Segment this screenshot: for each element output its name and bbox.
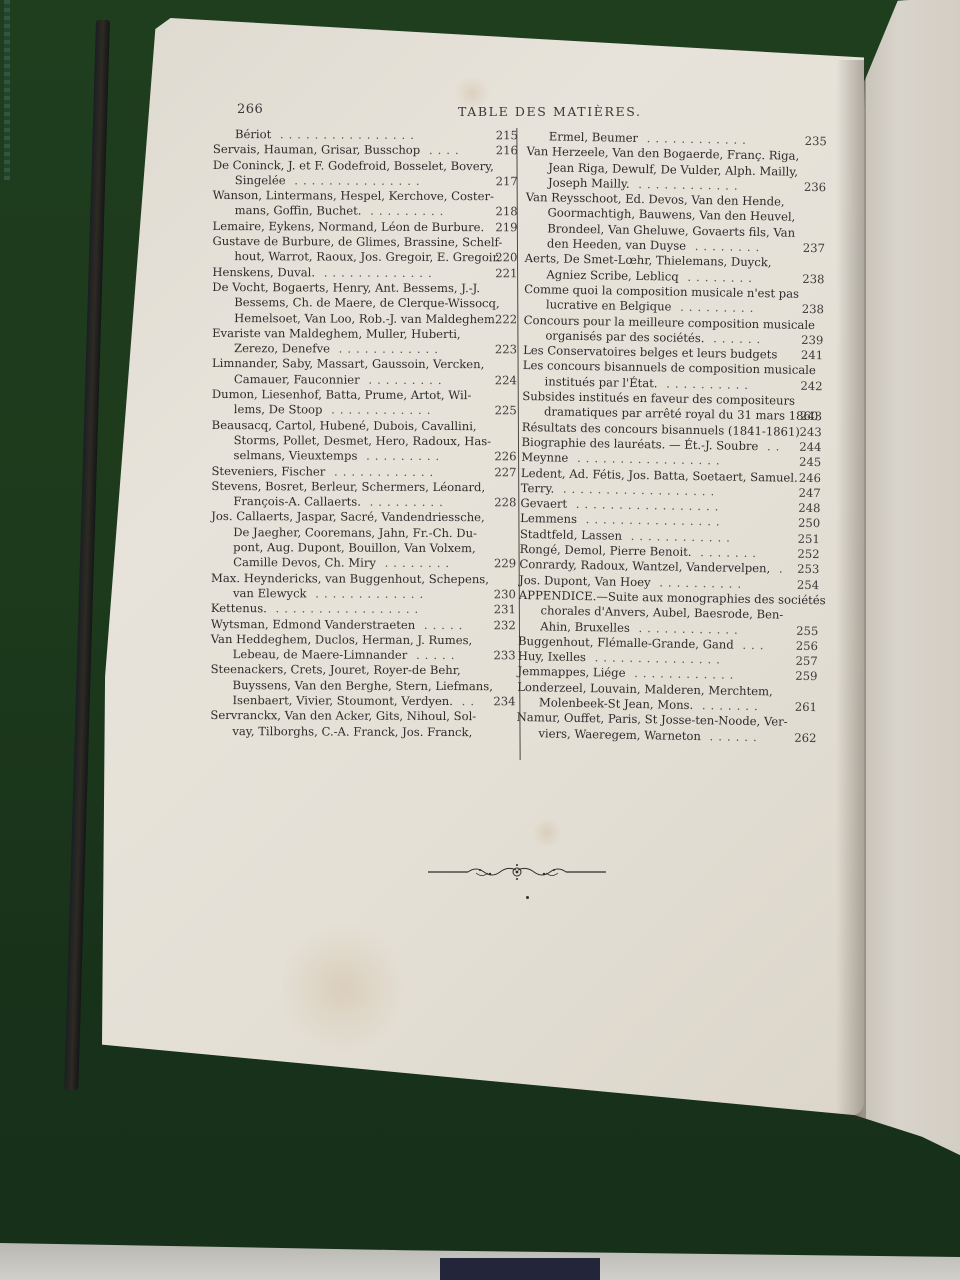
leader-dots: ............ — [622, 528, 735, 544]
toc-entry: Dumon, Liesenhof, Batta, Prume, Artot, W… — [212, 387, 517, 419]
toc-entry-text: Beausacq, Cartol, Hubené, Dubois, Cavall… — [212, 418, 477, 433]
toc-entry: De Vocht, Bogaerts, Henry, Ant. Bessems,… — [212, 280, 517, 327]
toc-entry-line: Jos. Callaerts, Jaspar, Sacré, Vandendri… — [211, 509, 516, 526]
toc-page-number: 251 — [788, 531, 820, 547]
toc-entry-text: Storms, Pollet, Desmet, Hero, Radoux, Ha… — [234, 433, 492, 448]
toc-entry-text: Huy, Ixelles — [518, 649, 586, 664]
toc-entry-line: De Vocht, Bogaerts, Henry, Ant. Bessems,… — [212, 280, 517, 297]
toc-entry-text: Ermel, Beumer — [549, 129, 638, 145]
toc-entry-text: lems, De Stoop — [234, 402, 323, 416]
toc-entry-text: pont, Aug. Dupont, Bouillon, Van Volxem, — [233, 540, 476, 555]
toc-page-number: 217 — [486, 174, 518, 189]
toc-entry: Steveniers, Fischer ............227 — [211, 464, 516, 481]
toc-entry-text: vay, Tilborghs, C.-A. Franck, Jos. Franc… — [232, 724, 472, 739]
toc-entry-text: Lemaire, Eykens, Normand, Léon de Burbur… — [213, 219, 485, 234]
leader-dots: ......... — [361, 495, 448, 509]
toc-entry-text: Rongé, Demol, Pierre Benoit. — [520, 542, 692, 559]
toc-entry-line: Isenbaert, Vivier, Stoumont, Verdyen. ..… — [210, 693, 515, 710]
toc-entry-text: Jemmappes, Liége — [517, 664, 625, 680]
toc-entry-line: Evariste van Maldeghem, Muller, Huberti, — [212, 326, 517, 343]
toc-entry: Limnander, Saby, Massart, Gaussoin, Verc… — [212, 356, 517, 388]
toc-page-number: 237 — [793, 241, 825, 257]
toc-entry: Van Heddeghem, Duclos, Herman, J. Rumes,… — [211, 632, 516, 664]
toc-entry-text: Gustave de Burbure, de Glimes, Brassine,… — [212, 234, 502, 249]
toc-entry-text: den Heeden, van Duyse — [547, 236, 686, 252]
leader-dots: ....... — [691, 545, 761, 560]
toc-entry-text: Stadtfeld, Lassen — [520, 527, 622, 543]
toc-entry-text: De Vocht, Bogaerts, Henry, Ant. Bessems,… — [212, 280, 480, 295]
toc-page-number: 229 — [484, 556, 516, 571]
toc-entry-text: Buyssens, Van den Berghe, Stern, Liefman… — [233, 678, 493, 693]
toc-page-number: 248 — [788, 501, 820, 517]
leader-dots: .......... — [657, 376, 753, 392]
toc-entry-line: Singelée ...............217 — [213, 173, 518, 190]
toc-entry-text: Molenbeek-St Jean, Mons. — [539, 695, 694, 712]
toc-entry-text: Van Heddeghem, Duclos, Herman, J. Rumes, — [211, 632, 473, 647]
toc-entry-line: Stevens, Bosret, Berleur, Schermers, Léo… — [211, 479, 516, 496]
toc-page-number: 261 — [785, 700, 817, 716]
toc-entry-text: Bériot — [235, 127, 271, 141]
toc-entry-line: van Elewyck .............230 — [211, 586, 516, 603]
toc-entry-text: Servranckx, Van den Acker, Gits, Nihoul,… — [210, 708, 476, 723]
toc-page-number: 253 — [787, 562, 819, 578]
leader-dots: ........ — [686, 239, 764, 254]
toc-entry-line: Wytsman, Edmond Vanderstraeten .....232 — [211, 616, 516, 633]
toc-entry-text: Joseph Mailly. — [548, 175, 630, 190]
toc-entry: Servranckx, Van den Acker, Gits, Nihoul,… — [210, 708, 515, 740]
toc-entry-text: Max. Heyndericks, van Buggenhout, Schepe… — [211, 571, 489, 586]
toc-page-number: 254 — [787, 577, 819, 593]
toc-page-number: 226 — [485, 449, 517, 464]
leader-dots: ......... — [361, 204, 448, 218]
leader-dots: ..... — [415, 617, 467, 631]
toc-page-number: 247 — [789, 485, 821, 501]
toc-entry-text: Stevens, Bosret, Berleur, Schermers, Léo… — [211, 479, 485, 494]
toc-entry-text: De Coninck, J. et F. Godefroid, Bosselet… — [213, 158, 494, 173]
leader-dots: ............... — [586, 650, 725, 666]
toc-page-number: 230 — [484, 587, 516, 602]
toc-entry-text: Steveniers, Fischer — [211, 464, 325, 478]
toc-entry: Evariste van Maldeghem, Muller, Huberti,… — [212, 326, 517, 358]
toc-entry-line: Van Heddeghem, Duclos, Herman, J. Rumes, — [211, 632, 516, 649]
toc-entry: Bériot ................215 — [213, 127, 518, 144]
toc-entry-text: selmans, Vieuxtemps — [234, 448, 358, 463]
toc-entry-text: Ahin, Bruxelles — [540, 619, 630, 635]
toc-entry-text: Lemmens — [520, 511, 577, 526]
toc-page-number: 223 — [485, 342, 517, 357]
toc-entry-line: lems, De Stoop ............225 — [212, 402, 517, 419]
toc-entry-text: Jos. Callaerts, Jaspar, Sacré, Vandendri… — [211, 509, 484, 524]
toc-entry-text: Dumon, Liesenhof, Batta, Prume, Artot, W… — [212, 387, 472, 402]
toc-page-number: 228 — [484, 495, 516, 510]
toc-page-number: 220 — [485, 251, 517, 266]
toc-entry: Namur, Ouffet, Paris, St Josse-ten-Noode… — [516, 710, 816, 746]
toc-left-column: Bériot ................215Servais, Hauma… — [210, 127, 518, 740]
toc-entry-text: Agniez Scribe, Leblicq — [546, 267, 679, 283]
leader-dots: ........ — [376, 556, 454, 570]
toc-entry-text: Singelée — [235, 173, 286, 187]
leader-dots: ................ — [271, 127, 419, 142]
leader-dots: ............ — [325, 464, 438, 478]
toc-page-number: 233 — [484, 648, 516, 663]
toc-entry: Kettenus. .................231 — [211, 601, 516, 618]
toc-entry-line: Zerezo, Denefve ............223 — [212, 341, 517, 358]
toc-entry-text: Camille Devos, Ch. Miry — [233, 555, 376, 570]
toc-entry-line: Bessems, Ch. de Maere, de Clerque-Wissoc… — [212, 295, 517, 312]
leader-dots: ................. — [568, 451, 725, 468]
leader-dots: ................. — [267, 601, 423, 616]
toc-page-number: 231 — [484, 602, 516, 617]
toc-entry-line: hout, Warrot, Raoux, Jos. Gregoir, E. Gr… — [212, 249, 517, 266]
leader-dots: ............ — [630, 620, 743, 636]
toc-page-number: 236 — [794, 180, 826, 196]
leader-dots: ............... — [286, 173, 425, 188]
toc-page-number: 259 — [785, 669, 817, 685]
tailpiece-ornament-icon — [428, 862, 606, 882]
toc-entry: Servais, Hauman, Grisar, Busschop ....21… — [213, 142, 518, 159]
leader-dots: .......... — [650, 575, 746, 591]
page-number: 266 — [237, 102, 263, 117]
toc-entry: De Coninck, J. et F. Godefroid, Bosselet… — [213, 158, 518, 190]
toc-entry-text: mans, Goffin, Buchet. — [235, 204, 362, 219]
toc-entry-line: Dumon, Liesenhof, Batta, Prume, Artot, W… — [212, 387, 517, 404]
toc-page-number: 239 — [791, 333, 823, 349]
leader-dots: ............ — [638, 131, 751, 147]
toc-entry-text: Servais, Hauman, Grisar, Busschop — [213, 142, 420, 157]
toc-page-number: 255 — [786, 623, 818, 639]
leader-dots: ....... — [693, 698, 763, 713]
leader-dots: ............ — [322, 403, 435, 417]
toc-page-number: 232 — [484, 618, 516, 633]
page-mark — [526, 896, 529, 899]
toc-entry-line: Buyssens, Van den Berghe, Stern, Liefman… — [211, 678, 516, 695]
toc-entry-line: Storms, Pollet, Desmet, Hero, Radoux, Ha… — [212, 433, 517, 450]
toc-entry-line: Camille Devos, Ch. Miry ........229 — [211, 555, 516, 572]
leader-dots: ............. — [315, 265, 437, 280]
toc-entry-text: Wanson, Lintermans, Hespel, Kerchove, Co… — [213, 188, 494, 203]
toc-entry-text: Gevaert — [520, 496, 567, 511]
toc-entry: Max. Heyndericks, van Buggenhout, Schepe… — [211, 571, 516, 603]
toc-entry-text: Meynne — [521, 450, 568, 465]
toc-entry-text: Terry. — [521, 481, 555, 496]
toc-entry-line: pont, Aug. Dupont, Bouillon, Van Volxem, — [211, 540, 516, 557]
toc-entry-line: De Jaegher, Cooremans, Jahn, Fr.-Ch. Du- — [211, 525, 516, 542]
toc-page-number: 244 — [789, 440, 821, 456]
toc-page-number: 246 — [789, 470, 821, 486]
leader-dots: .... — [420, 143, 463, 157]
toc-entry-line: Lemaire, Eykens, Normand, Léon de Burbur… — [213, 219, 518, 236]
toc-page-number: 262 — [784, 730, 816, 746]
leader-dots: ..... — [407, 648, 459, 662]
toc-entry-text: Hemelsoet, Van Loo, Rob.-J. van Maldeghe… — [234, 311, 498, 326]
toc-entry-text: Lebeau, de Maere-Limnander — [233, 647, 408, 662]
toc-entry-line: mans, Goffin, Buchet. .........218 — [213, 203, 518, 220]
leader-dots: ............ — [625, 666, 738, 682]
toc-page-number: 245 — [789, 455, 821, 471]
toc-page-number: 243 — [790, 409, 822, 425]
toc-entry: Wytsman, Edmond Vanderstraeten .....232 — [211, 616, 516, 633]
toc-entry: Stevens, Bosret, Berleur, Schermers, Léo… — [211, 479, 516, 511]
toc-page-number: 256 — [786, 638, 818, 654]
toc-entry-line: Lebeau, de Maere-Limnander .....233 — [211, 647, 516, 664]
toc-entry-text: Evariste van Maldeghem, Muller, Huberti, — [212, 326, 461, 341]
toc-page-number: 250 — [788, 516, 820, 532]
toc-page-number: 224 — [485, 373, 517, 388]
toc-entry: Beausacq, Cartol, Hubené, Dubois, Cavall… — [212, 418, 517, 465]
toc-page-number: 252 — [787, 547, 819, 563]
toc-entry-text: hout, Warrot, Raoux, Jos. Gregoir, E. Gr… — [234, 249, 500, 264]
toc-entry: Van Herzeele, Van den Bogaerde, Franç. R… — [526, 144, 827, 195]
toc-entry-line: selmans, Vieuxtemps .........226 — [212, 448, 517, 465]
toc-entry-text: Steenackers, Crets, Jouret, Royer-de Beh… — [211, 662, 461, 677]
toc-entry-line: Max. Heyndericks, van Buggenhout, Schepe… — [211, 571, 516, 588]
toc-entry-text: Henskens, Duval. — [212, 265, 315, 279]
toc-entry: Steenackers, Crets, Jouret, Royer-de Beh… — [210, 662, 515, 709]
running-head: TABLE DES MATIÈRES. — [458, 104, 642, 119]
toc-entry-line: Steveniers, Fischer ............227 — [211, 464, 516, 481]
toc-entry-line: Limnander, Saby, Massart, Gaussoin, Verc… — [212, 356, 517, 373]
leader-dots: ... — [734, 637, 769, 652]
toc-page-number: 235 — [795, 134, 827, 150]
toc-entry-line: Servranckx, Van den Acker, Gits, Nihoul,… — [210, 708, 515, 725]
toc-page-number: 221 — [485, 266, 517, 281]
toc-right-column: Ermel, Beumer ............235Van Herzeel… — [516, 129, 827, 746]
toc-entry: Wanson, Lintermans, Hespel, Kerchove, Co… — [213, 188, 518, 220]
leader-dots: .. — [453, 694, 479, 708]
toc-page-number: 243 — [790, 424, 822, 440]
toc-entry-line: Gustave de Burbure, de Glimes, Brassine,… — [212, 234, 517, 251]
toc-entry-line: Kettenus. .................231 — [211, 601, 516, 618]
toc-entry-text: van Elewyck — [233, 586, 307, 600]
toc-page-number: 257 — [786, 654, 818, 670]
leader-dots: ......... — [671, 300, 758, 316]
leader-dots: ......... — [360, 372, 447, 386]
toc-page-number: 234 — [483, 694, 515, 709]
toc-entry-line: Henskens, Duval. .............221 — [212, 265, 517, 282]
toc-page-number: 218 — [486, 205, 518, 220]
toc-entry: Jos. Callaerts, Jaspar, Sacré, Vandendri… — [211, 509, 516, 572]
leader-dots: ...... — [701, 729, 762, 744]
toc-entry: Henskens, Duval. .............221 — [212, 265, 517, 282]
toc-page-number: 241 — [791, 348, 823, 364]
toc-page-number: 219 — [486, 220, 518, 235]
toc-page-number: 242 — [790, 378, 822, 394]
toc-entry-text: Jos. Dupont, Van Hoey — [519, 573, 651, 589]
leader-dots: . — [770, 562, 788, 576]
leader-dots: .. — [758, 439, 784, 453]
leader-dots: ............ — [330, 342, 443, 356]
leader-dots: ............ — [630, 177, 743, 193]
toc-entry-text: Kettenus. — [211, 601, 267, 615]
toc-entry-text: institués par l'État. — [544, 374, 657, 390]
leader-dots: ................. — [567, 497, 724, 514]
toc-entry-text: Isenbaert, Vivier, Stoumont, Verdyen. — [232, 693, 453, 708]
toc-entry: Gustave de Burbure, de Glimes, Brassine,… — [212, 234, 517, 266]
toc-page-number: 222 — [485, 312, 517, 327]
toc-entry-line: Camauer, Fauconnier .........224 — [212, 372, 517, 389]
toc-entry-text: lucrative en Belgique — [546, 298, 672, 314]
leader-dots: ...... — [704, 331, 765, 346]
toc-entry-line: Steenackers, Crets, Jouret, Royer-de Beh… — [211, 662, 516, 679]
toc-entry-text: Limnander, Saby, Massart, Gaussoin, Verc… — [212, 356, 484, 371]
toc-page-number: 225 — [485, 404, 517, 419]
toc-entry-text: De Jaegher, Cooremans, Jahn, Fr.-Ch. Du- — [233, 525, 477, 540]
toc-entry-line: François-A. Callaerts. .........228 — [211, 494, 516, 511]
leader-dots: ................ — [577, 512, 725, 529]
toc-page-number: 216 — [486, 143, 518, 158]
leader-dots: ............. — [307, 586, 429, 601]
toc-entry-text: François-A. Callaerts. — [233, 494, 361, 509]
toc-page-number: 215 — [486, 128, 518, 143]
toc-entry-text: Bessems, Ch. de Maere, de Clerque-Wissoc… — [234, 295, 499, 310]
toc-entry: Van Reysschoot, Ed. Devos, Van den Hende… — [525, 190, 826, 256]
toc-entry-line: Beausacq, Cartol, Hubené, Dubois, Cavall… — [212, 418, 517, 435]
toc-entry: Lemaire, Eykens, Normand, Léon de Burbur… — [213, 219, 518, 236]
toc-entry-text: viers, Waeregem, Warneton — [538, 726, 701, 743]
leader-dots: .................. — [554, 481, 719, 498]
leader-dots: ......... — [357, 449, 444, 463]
toc-entry-line: Bériot ................215 — [213, 127, 518, 144]
toc-entry: APPENDICE.—Suite aux monographies des so… — [518, 588, 819, 639]
toc-entry-line: vay, Tilborghs, C.-A. Franck, Jos. Franc… — [210, 724, 515, 741]
toc-entry-line: Wanson, Lintermans, Hespel, Kerchove, Co… — [213, 188, 518, 205]
toc-entry-line: De Coninck, J. et F. Godefroid, Bosselet… — [213, 158, 518, 175]
leader-dots: ........ — [679, 269, 757, 284]
toc-page-number: 227 — [484, 465, 516, 480]
page-content: 266 TABLE DES MATIÈRES. Bériot .........… — [0, 0, 960, 1280]
toc-entry-line: Hemelsoet, Van Loo, Rob.-J. van Maldeghe… — [212, 311, 517, 328]
toc-entry-text: Camauer, Fauconnier — [234, 372, 360, 387]
toc-entry-text: organisés par des sociétés. — [545, 328, 704, 345]
toc-entry-text: Zerezo, Denefve — [234, 341, 330, 355]
toc-entry-line: Servais, Hauman, Grisar, Busschop ....21… — [213, 142, 518, 159]
toc-page-number: 238 — [792, 302, 824, 318]
toc-entry-text: Wytsman, Edmond Vanderstraeten — [211, 616, 415, 631]
toc-page-number: 238 — [792, 271, 824, 287]
